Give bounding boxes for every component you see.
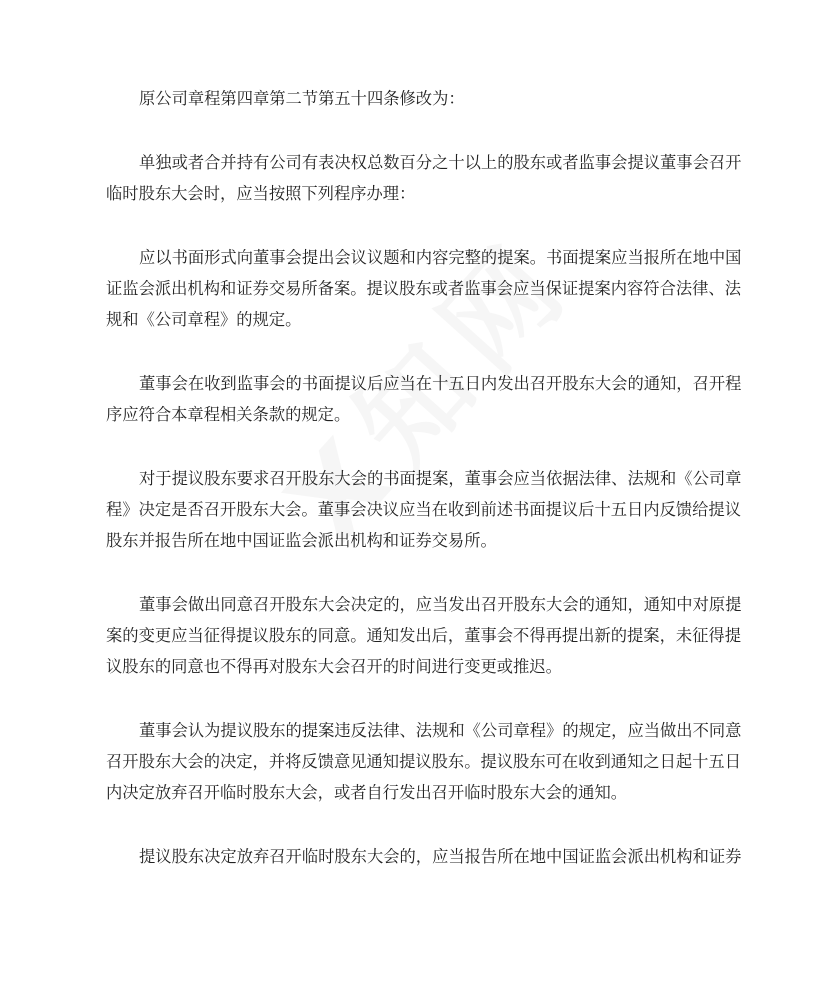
text-line: 案的变更应当征得提议股东的同意。通知发出后，董事会不得再提出新的提案，未征得提 bbox=[106, 620, 728, 651]
paragraph-board-disagrees: 董事会认为提议股东的提案违反法律、法规和《公司章程》的规定，应当做出不同意 召开… bbox=[106, 715, 728, 808]
text-line: 董事会做出同意召开股东大会决定的，应当发出召开股东大会的通知，通知中对原提 bbox=[106, 589, 728, 620]
text-line: 单独或者合并持有公司有表决权总数百分之十以上的股东或者监事会提议董事会召开 bbox=[106, 147, 728, 178]
document-page: X知网 原公司章程第四章第二节第五十四条修改为： 单独或者合并持有公司有表决权总… bbox=[0, 0, 830, 986]
text-line: 议股东的同意也不得再对股东大会召开的时间进行变更或推迟。 bbox=[106, 651, 728, 682]
text-line: 应以书面形式向董事会提出会议议题和内容完整的提案。书面提案应当报所在地中国 bbox=[106, 242, 728, 273]
paragraph-amendment-heading: 原公司章程第四章第二节第五十四条修改为： bbox=[106, 83, 728, 114]
text-line: 证监会派出机构和证券交易所备案。提议股东或者监事会应当保证提案内容符合法律、法 bbox=[106, 273, 728, 304]
text-line: 董事会在收到监事会的书面提议后应当在十五日内发出召开股东大会的通知，召开程 bbox=[106, 368, 728, 399]
paragraph-board-agrees: 董事会做出同意召开股东大会决定的，应当发出召开股东大会的通知，通知中对原提 案的… bbox=[106, 589, 728, 682]
text-line: 提议股东决定放弃召开临时股东大会的，应当报告所在地中国证监会派出机构和证券 bbox=[106, 841, 728, 872]
paragraph-proposal-rule: 单独或者合并持有公司有表决权总数百分之十以上的股东或者监事会提议董事会召开 临时… bbox=[106, 147, 728, 209]
paragraph-board-notice: 董事会在收到监事会的书面提议后应当在十五日内发出召开股东大会的通知，召开程 序应… bbox=[106, 368, 728, 430]
text-line: 董事会认为提议股东的提案违反法律、法规和《公司章程》的规定，应当做出不同意 bbox=[106, 715, 728, 746]
text-line: 规和《公司章程》的规定。 bbox=[106, 304, 728, 335]
paragraph-abandon-meeting: 提议股东决定放弃召开临时股东大会的，应当报告所在地中国证监会派出机构和证券 bbox=[106, 841, 728, 872]
text-line: 对于提议股东要求召开股东大会的书面提案，董事会应当依据法律、法规和《公司章 bbox=[106, 463, 728, 494]
text-line: 序应符合本章程相关条款的规定。 bbox=[106, 399, 728, 430]
paragraph-written-proposal: 应以书面形式向董事会提出会议议题和内容完整的提案。书面提案应当报所在地中国 证监… bbox=[106, 242, 728, 335]
text-line: 程》决定是否召开股东大会。董事会决议应当在收到前述书面提议后十五日内反馈给提议 bbox=[106, 494, 728, 525]
text-line: 召开股东大会的决定，并将反馈意见通知提议股东。提议股东可在收到通知之日起十五日 bbox=[106, 746, 728, 777]
text-line: 内决定放弃召开临时股东大会，或者自行发出召开临时股东大会的通知。 bbox=[106, 777, 728, 808]
document-body: 原公司章程第四章第二节第五十四条修改为： 单独或者合并持有公司有表决权总数百分之… bbox=[106, 83, 728, 905]
text-line: 临时股东大会时，应当按照下列程序办理： bbox=[106, 178, 728, 209]
text-line: 原公司章程第四章第二节第五十四条修改为： bbox=[106, 83, 728, 114]
text-line: 股东并报告所在地中国证监会派出机构和证券交易所。 bbox=[106, 525, 728, 556]
paragraph-shareholder-request: 对于提议股东要求召开股东大会的书面提案，董事会应当依据法律、法规和《公司章 程》… bbox=[106, 463, 728, 556]
